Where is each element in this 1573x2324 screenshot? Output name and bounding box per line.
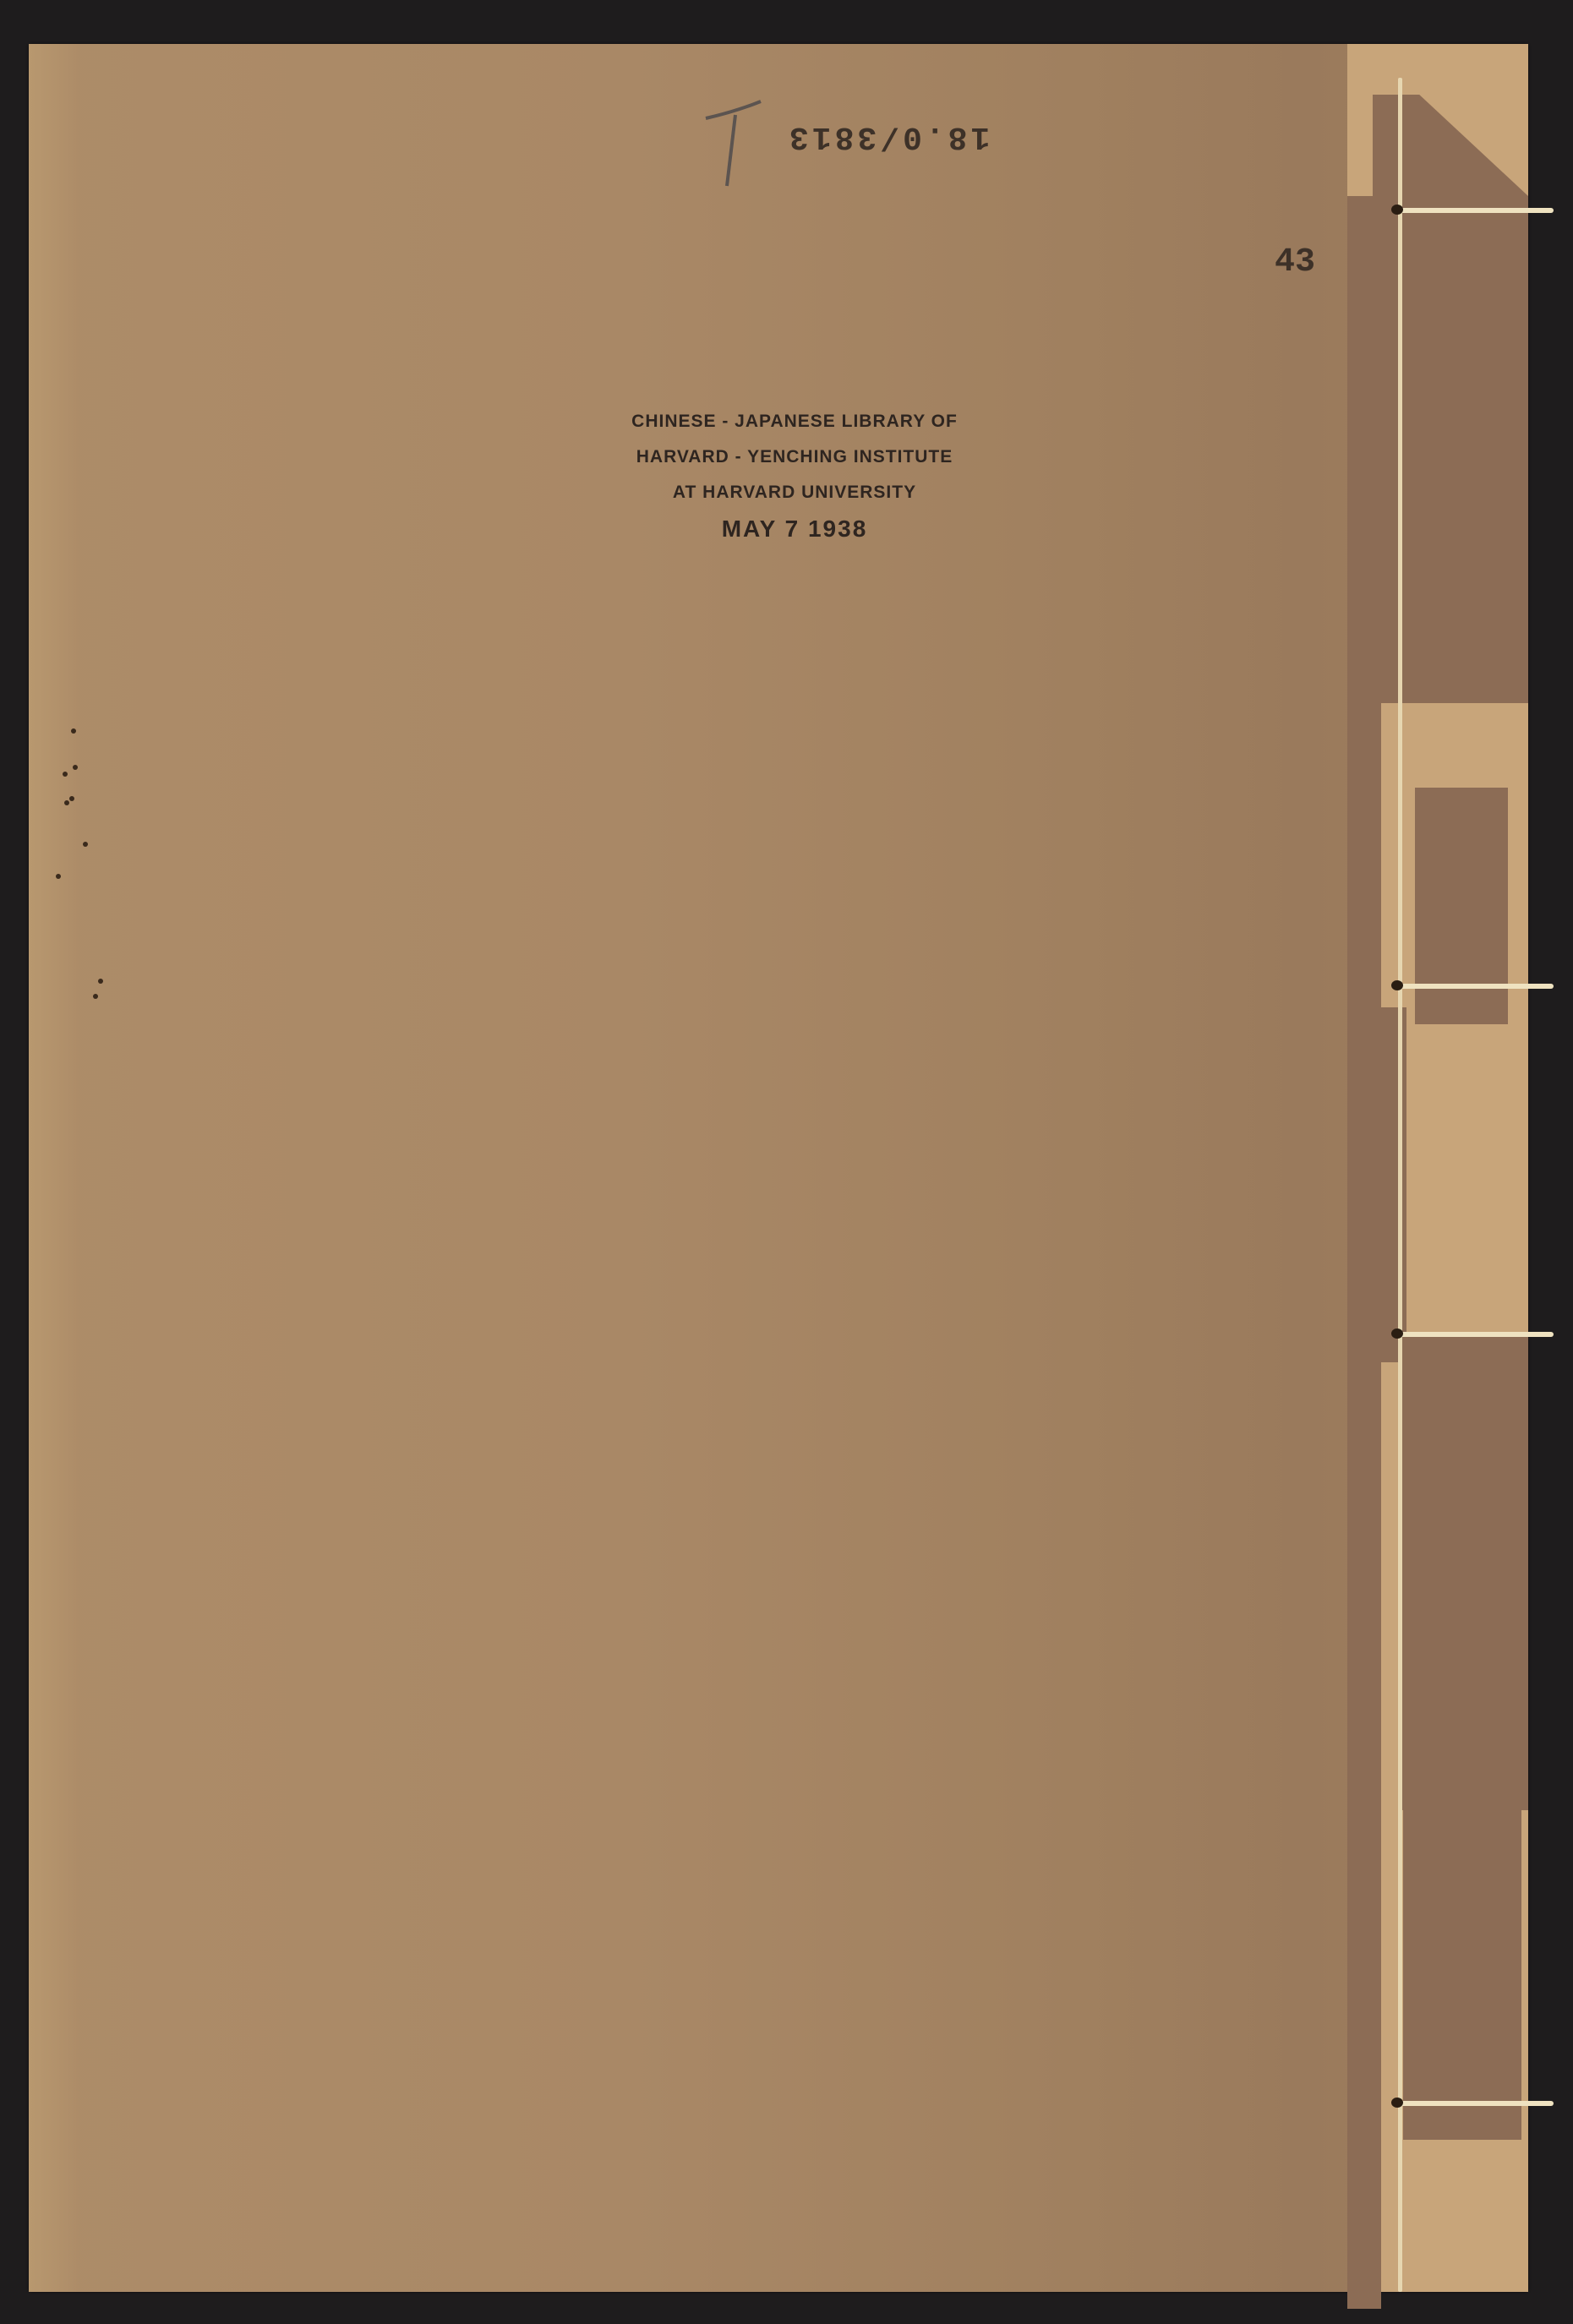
call-number: 18.0/3813 [786,118,990,155]
library-stamp: CHINESE - JAPANESE LIBRARY OF HARVARD - … [617,404,972,548]
volume-number: 43 [1275,243,1315,281]
wormhole [83,842,88,847]
stamp-date: MAY 7 1938 [617,510,972,548]
wormhole [64,800,69,805]
wormhole [56,874,61,879]
binding-stitch [1398,984,1554,989]
wormhole [63,772,68,777]
spine-patch [1381,1007,1406,1362]
binding-stitch [1398,1332,1554,1337]
stamp-line: HARVARD - YENCHING INSTITUTE [617,439,972,475]
stamp-line: AT HARVARD UNIVERSITY [617,475,972,510]
binding-stitch [1398,2101,1554,2106]
book-cover [29,44,1528,2292]
wormhole [71,728,76,734]
binding-stitch [1398,208,1554,213]
binding-thread [1398,78,1402,2292]
pencil-mark [702,93,769,194]
binding-hole [1391,2098,1403,2108]
spine-patch [1347,196,1528,703]
binding-hole [1391,205,1403,215]
wormhole [69,796,74,801]
wormhole [93,994,98,999]
cover-left-edge [29,44,79,2292]
spine-patch [1347,703,1381,2309]
binding-hole [1391,980,1403,990]
binding-hole [1391,1328,1403,1339]
spine-patch [1398,1337,1528,1810]
spine-patch [1415,788,1508,1024]
wormhole [73,765,78,770]
wormhole [98,979,103,984]
stamp-line: CHINESE - JAPANESE LIBRARY OF [617,404,972,439]
spine-patch [1403,1785,1521,2140]
